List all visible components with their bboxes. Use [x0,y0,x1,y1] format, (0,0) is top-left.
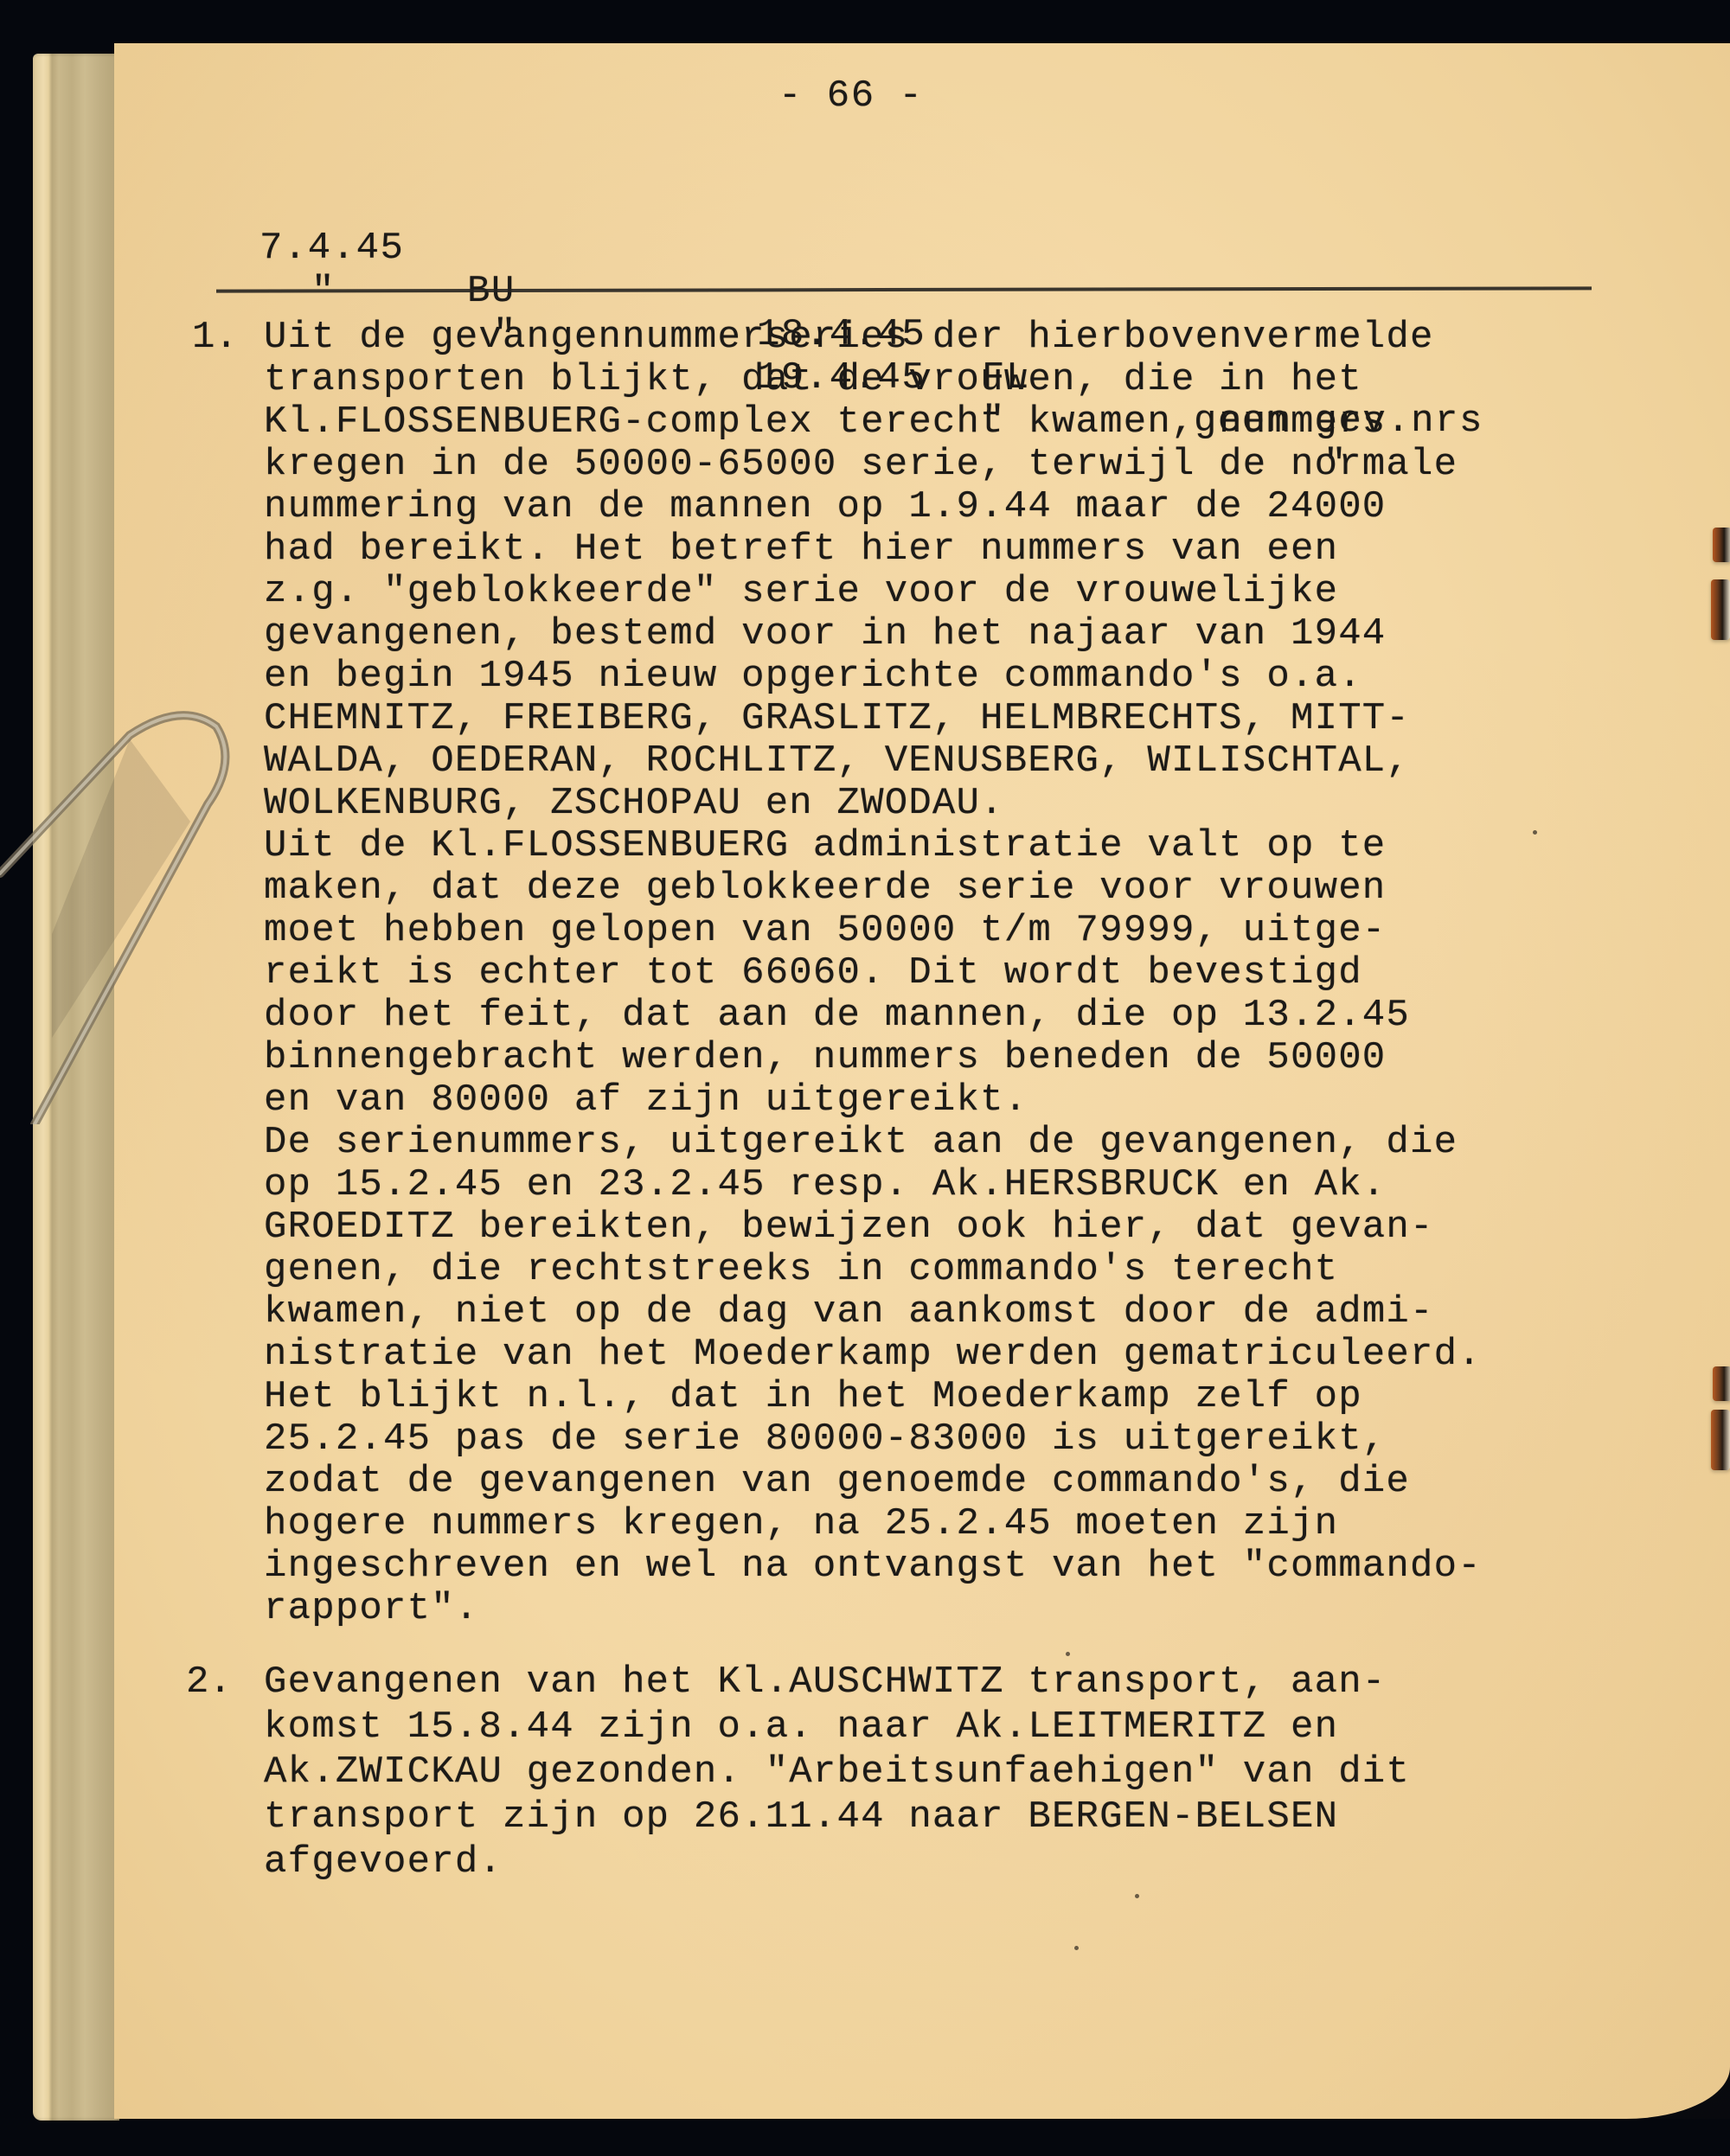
text-line: nistratie van het Moederkamp werden gema… [264,1333,1482,1376]
binding-staple [1711,579,1730,640]
text-line: Het blijkt n.l., dat in het Moederkamp z… [264,1375,1362,1418]
text-line: Uit de gevangennummerseries der hierbove… [264,316,1434,359]
ink-speck [1074,1946,1079,1950]
page-number: - 66 - [778,74,923,118]
text-line: binnengebracht werden, nummers beneden d… [264,1036,1386,1079]
text-line: De serienummers, uitgereikt aan de gevan… [264,1121,1458,1164]
text-line: Gevangenen van het Kl.AUSCHWITZ transpor… [264,1660,1386,1704]
text-line: zodat de gevangenen van genoemde command… [264,1460,1410,1503]
text-line: transporten blijkt, dat de vrouwen, die … [264,358,1362,401]
paragraph-number: 2. [186,1660,232,1704]
scanned-book-page-scene: - 66 - 7.4.45 BU 18.4.45 FL geen gev.nrs… [0,0,1730,2156]
text-line: door het feit, dat aan de mannen, die op… [264,994,1410,1037]
text-line: reikt is echter tot 66060. Dit wordt bev… [264,951,1362,995]
binding-staple [1713,1366,1730,1401]
text-line: ingeschreven en wel na ontvangst van het… [264,1545,1482,1588]
text-line: had bereikt. Het betreft hier nummers va… [264,528,1338,571]
text-line: afgevoerd. [264,1840,503,1884]
text-line: WALDA, OEDERAN, ROCHLITZ, VENUSBERG, WIL… [264,739,1410,783]
text-line: 25.2.45 pas de serie 80000-83000 is uitg… [264,1417,1386,1461]
book-page-edges [33,54,119,2121]
text-line: op 15.2.45 en 23.2.45 resp. Ak.HERSBRUCK… [264,1163,1386,1206]
text-line: moet hebben gelopen van 50000 t/m 79999,… [264,909,1386,952]
text-line: Kl.FLOSSENBUERG-complex terecht kwamen, … [264,400,1386,444]
binding-staple [1711,1410,1730,1470]
text-line: kwamen, niet op de dag van aankomst door… [264,1290,1434,1334]
text-line: Uit de Kl.FLOSSENBUERG administratie val… [264,824,1386,867]
text-line: nummering van de mannen op 1.9.44 maar d… [264,485,1386,528]
text-line: GROEDITZ bereikten, bewijzen ook hier, d… [264,1206,1434,1249]
text-line: en begin 1945 nieuw opgerichte commando'… [264,655,1362,698]
text-line: komst 15.8.44 zijn o.a. naar Ak.LEITMERI… [264,1705,1338,1749]
text-line: transport zijn op 26.11.44 naar BERGEN-B… [264,1795,1338,1839]
text-line: WOLKENBURG, ZSCHOPAU en ZWODAU. [264,782,1004,825]
text-line: rapport". [264,1587,478,1630]
ink-speck [1066,1652,1070,1656]
text-line: hogere nummers kregen, na 25.2.45 moeten… [264,1502,1338,1545]
ink-speck [1135,1894,1139,1898]
paragraph-number: 1. [192,316,238,359]
text-line: maken, dat deze geblokkeerde serie voor … [264,867,1386,910]
ink-speck [1533,830,1537,835]
text-line: kregen in de 50000-65000 serie, terwijl … [264,443,1458,486]
text-line: CHEMNITZ, FREIBERG, GRASLITZ, HELMBRECHT… [264,697,1410,740]
text-line: gevangenen, bestemd voor in het najaar v… [264,612,1386,656]
text-line: Ak.ZWICKAU gezonden. "Arbeitsunfaehigen"… [264,1750,1410,1794]
text-line: z.g. "geblokkeerde" serie voor de vrouwe… [264,570,1338,613]
text-line: genen, die rechtstreeks in commando's te… [264,1248,1338,1291]
binding-staple [1713,528,1730,562]
text-line: en van 80000 af zijn uitgereikt. [264,1078,1028,1122]
